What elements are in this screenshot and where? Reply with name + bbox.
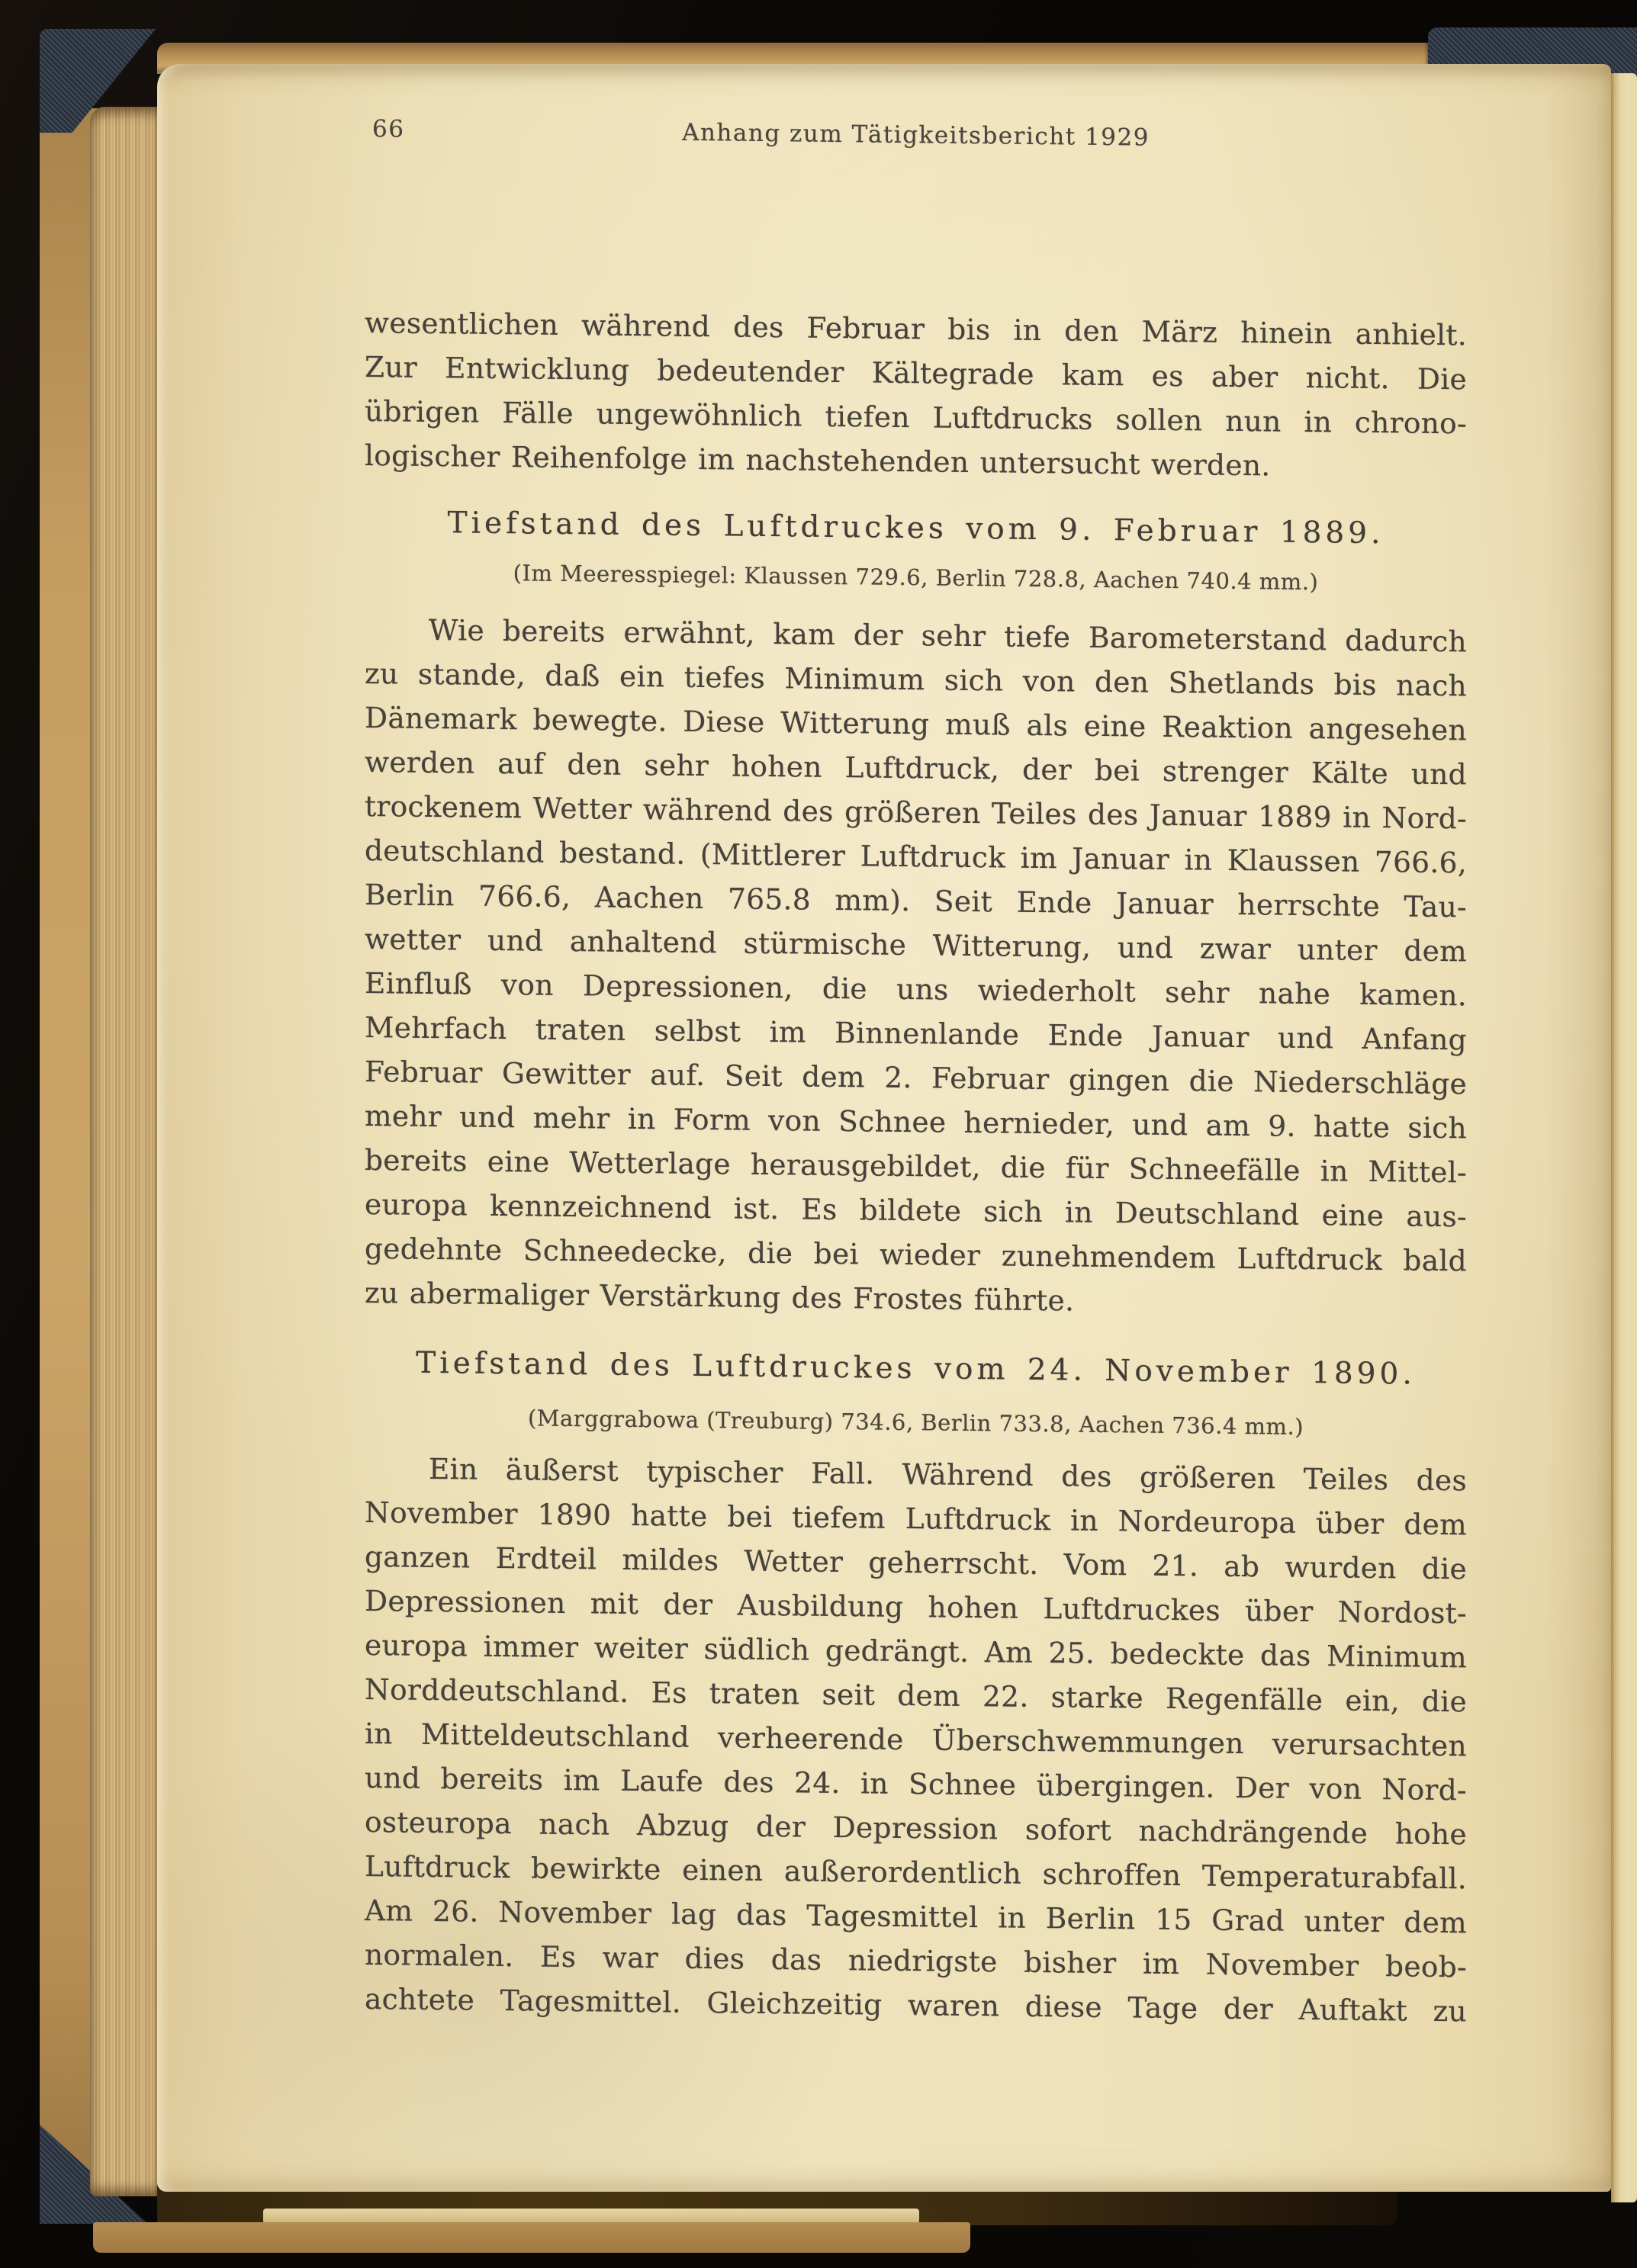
section-heading: Tiefstand des Luftdruckes vom 24. Novemb… xyxy=(365,1342,1467,1396)
page-bottom-edge-sliver xyxy=(263,2209,919,2224)
section-subheading: (Im Meeresspiegel: Klaussen 729.6, Berli… xyxy=(365,555,1467,599)
scanned-book-page: 66 Anhang zum Tätigkeitsbericht 1929 wes… xyxy=(0,0,1637,2268)
paragraph: wesentlichen während des Februar bis in … xyxy=(365,300,1467,490)
paragraph: Wie bereits erwähnt, kam der sehr tiefe … xyxy=(365,607,1467,1327)
paragraph: Ein äußerst typischer Fall. Während des … xyxy=(365,1446,1467,2033)
book-page-surface: 66 Anhang zum Tätigkeitsbericht 1929 wes… xyxy=(157,64,1611,2192)
page-number: 66 xyxy=(372,111,404,146)
section-heading: Tiefstand des Luftdruckes vom 9. Februar… xyxy=(365,502,1467,555)
running-header-row: 66 Anhang zum Tätigkeitsbericht 1929 xyxy=(365,111,1467,159)
page-body: wesentlichen während des Februar bis in … xyxy=(365,300,1467,2033)
facing-page-gutter xyxy=(1611,73,1637,2202)
running-header-title: Anhang zum Tätigkeitsbericht 1929 xyxy=(365,111,1467,159)
section-subheading: (Marggrabowa (Treuburg) 734.6, Berlin 73… xyxy=(365,1400,1467,1444)
book-cover-board-bottom xyxy=(93,2222,970,2253)
printed-text-block: 66 Anhang zum Tätigkeitsbericht 1929 wes… xyxy=(365,64,1467,2033)
page-edges-stack-left xyxy=(90,107,165,2196)
